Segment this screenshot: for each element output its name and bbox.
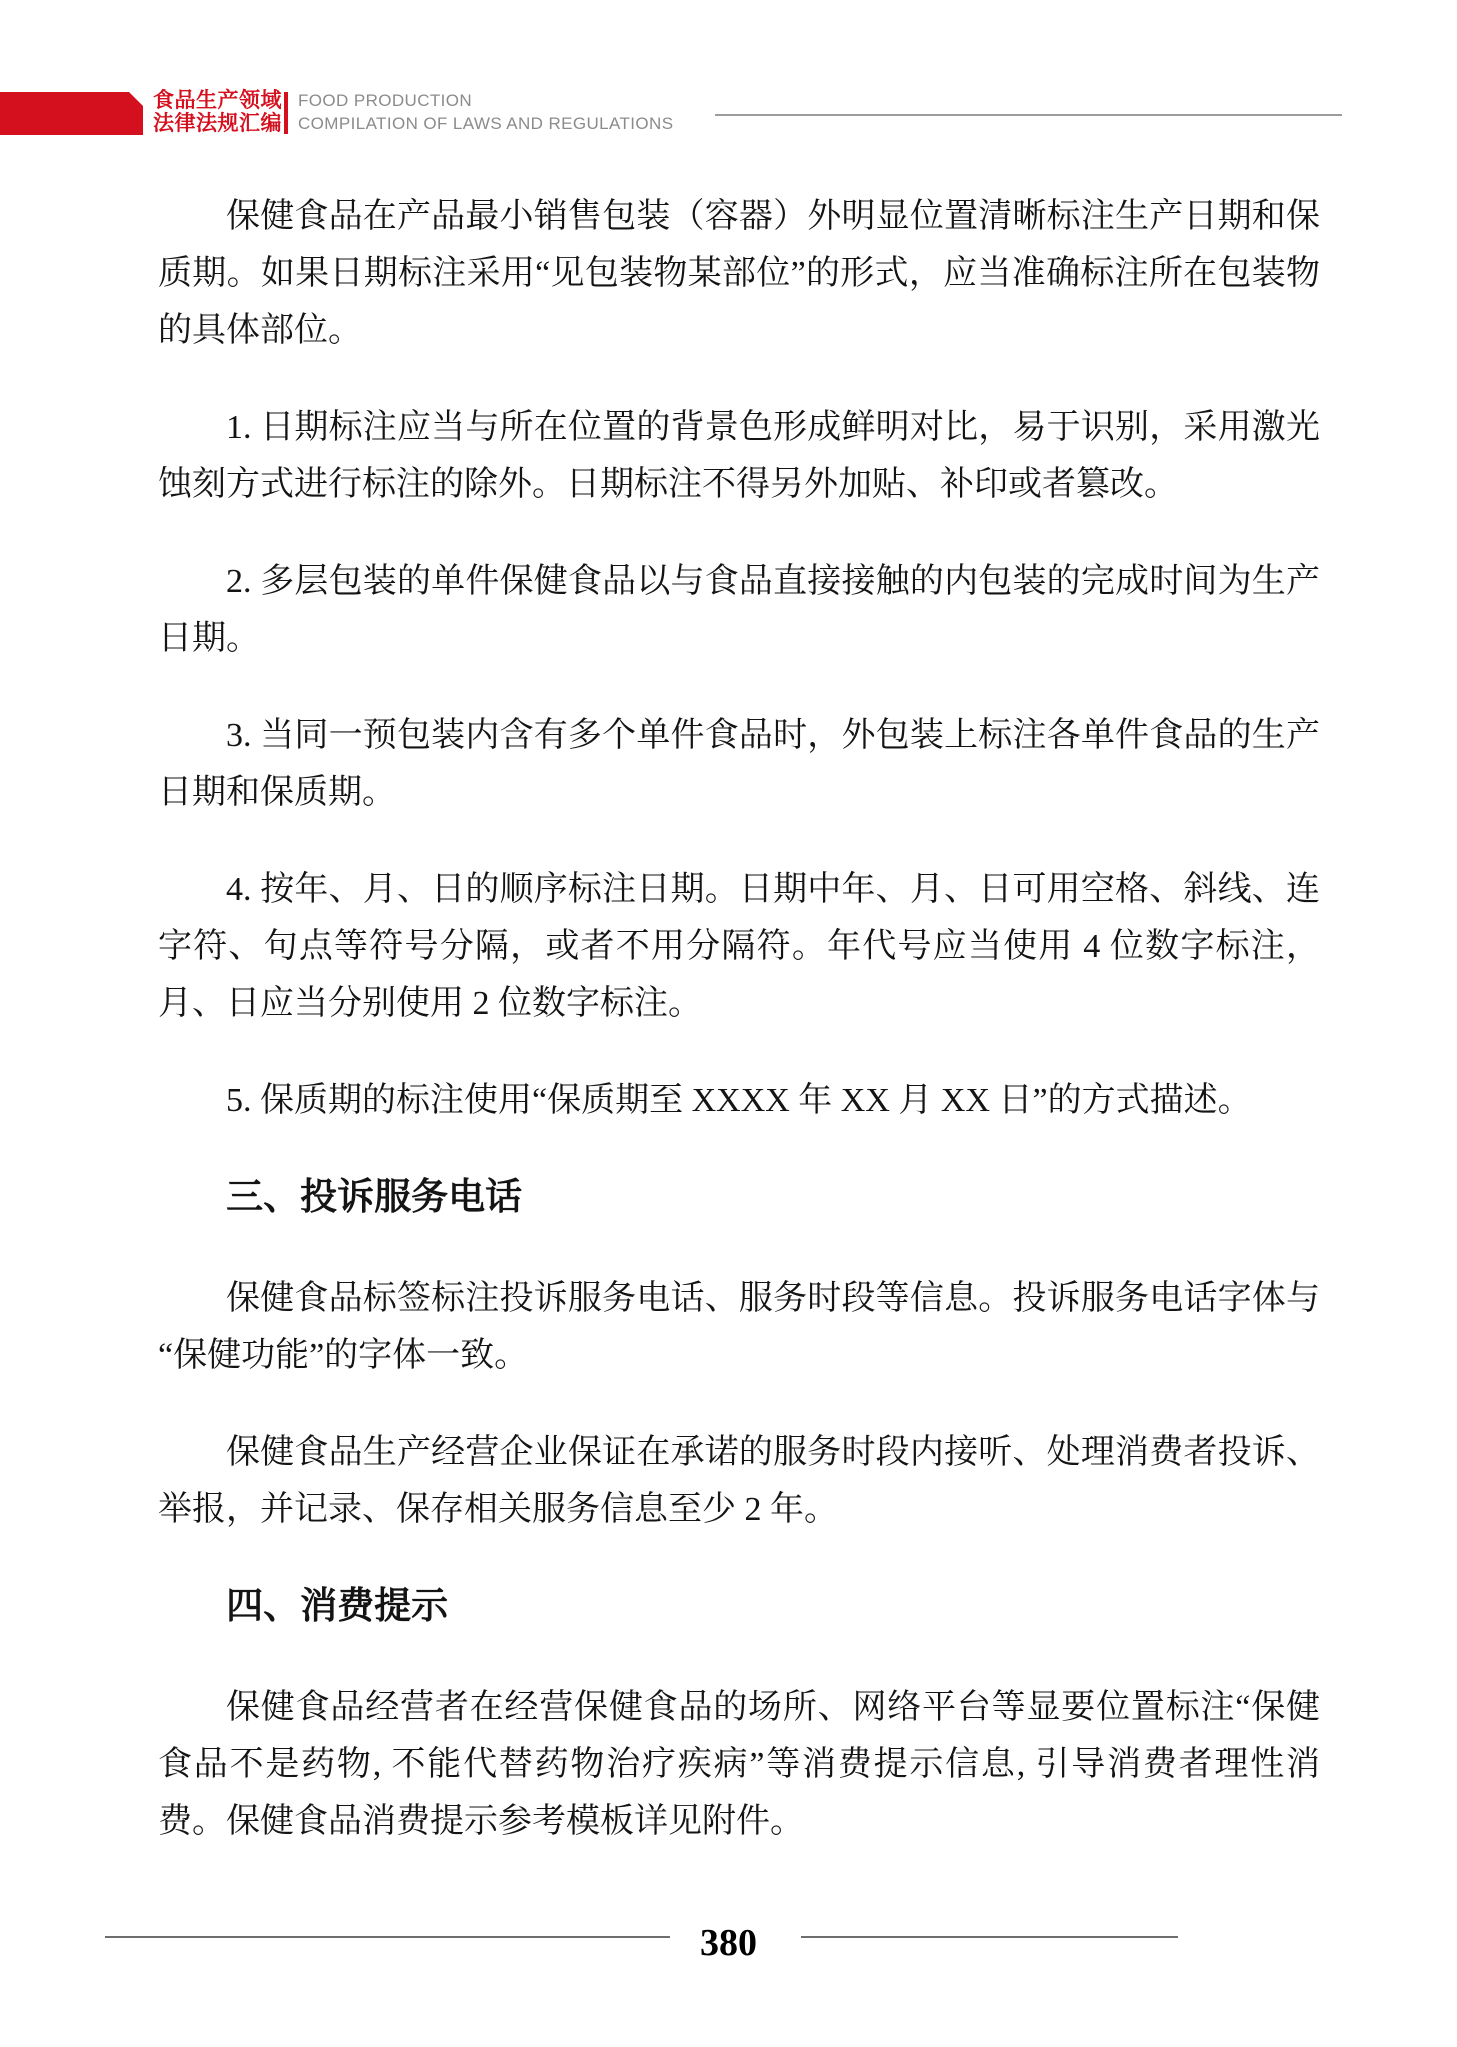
page-number: 380 bbox=[0, 1922, 1457, 1964]
list-item-5: 5. 保质期的标注使用“保质期至 XXXX 年 XX 月 XX 日”的方式描述。 bbox=[158, 1072, 1320, 1129]
list-item-1: 1. 日期标注应当与所在位置的背景色形成鲜明对比，易于识别，采用激光蚀刻方式进行… bbox=[158, 399, 1320, 513]
list-item-3: 3. 当同一预包装内含有多个单件食品时，外包装上标注各单件食品的生产日期和保质期… bbox=[158, 707, 1320, 821]
header-title-chinese: 食品生产领域 法律法规汇编 bbox=[153, 89, 282, 135]
header-divider bbox=[284, 92, 288, 134]
red-banner bbox=[0, 92, 143, 135]
section-heading-3: 三、投诉服务电话 bbox=[158, 1169, 1320, 1226]
section-heading-4: 四、消费提示 bbox=[158, 1578, 1320, 1635]
document-page: 食品生产领域 法律法规汇编 FOOD PRODUCTION COMPILATIO… bbox=[0, 0, 1457, 2047]
header-title-english: FOOD PRODUCTION COMPILATION OF LAWS AND … bbox=[298, 89, 673, 135]
document-body: 保健食品在产品最小销售包装（容器）外明显位置清晰标注生产日期和保质期。如果日期标… bbox=[158, 188, 1320, 1890]
paragraph: 保健食品生产经营企业保证在承诺的服务时段内接听、处理消费者投诉、举报，并记录、保… bbox=[158, 1424, 1320, 1538]
list-item-4: 4. 按年、月、日的顺序标注日期。日期中年、月、日可用空格、斜线、连字符、句点等… bbox=[158, 861, 1320, 1032]
paragraph: 保健食品标签标注投诉服务电话、服务时段等信息。投诉服务电话字体与“保健功能”的字… bbox=[158, 1270, 1320, 1384]
paragraph: 保健食品在产品最小销售包装（容器）外明显位置清晰标注生产日期和保质期。如果日期标… bbox=[158, 188, 1320, 359]
header-rule bbox=[715, 114, 1342, 116]
list-item-2: 2. 多层包装的单件保健食品以与食品直接接触的内包装的完成时间为生产日期。 bbox=[158, 553, 1320, 667]
paragraph: 保健食品经营者在经营保健食品的场所、网络平台等显要位置标注“保健食品不是药物, … bbox=[158, 1679, 1320, 1850]
